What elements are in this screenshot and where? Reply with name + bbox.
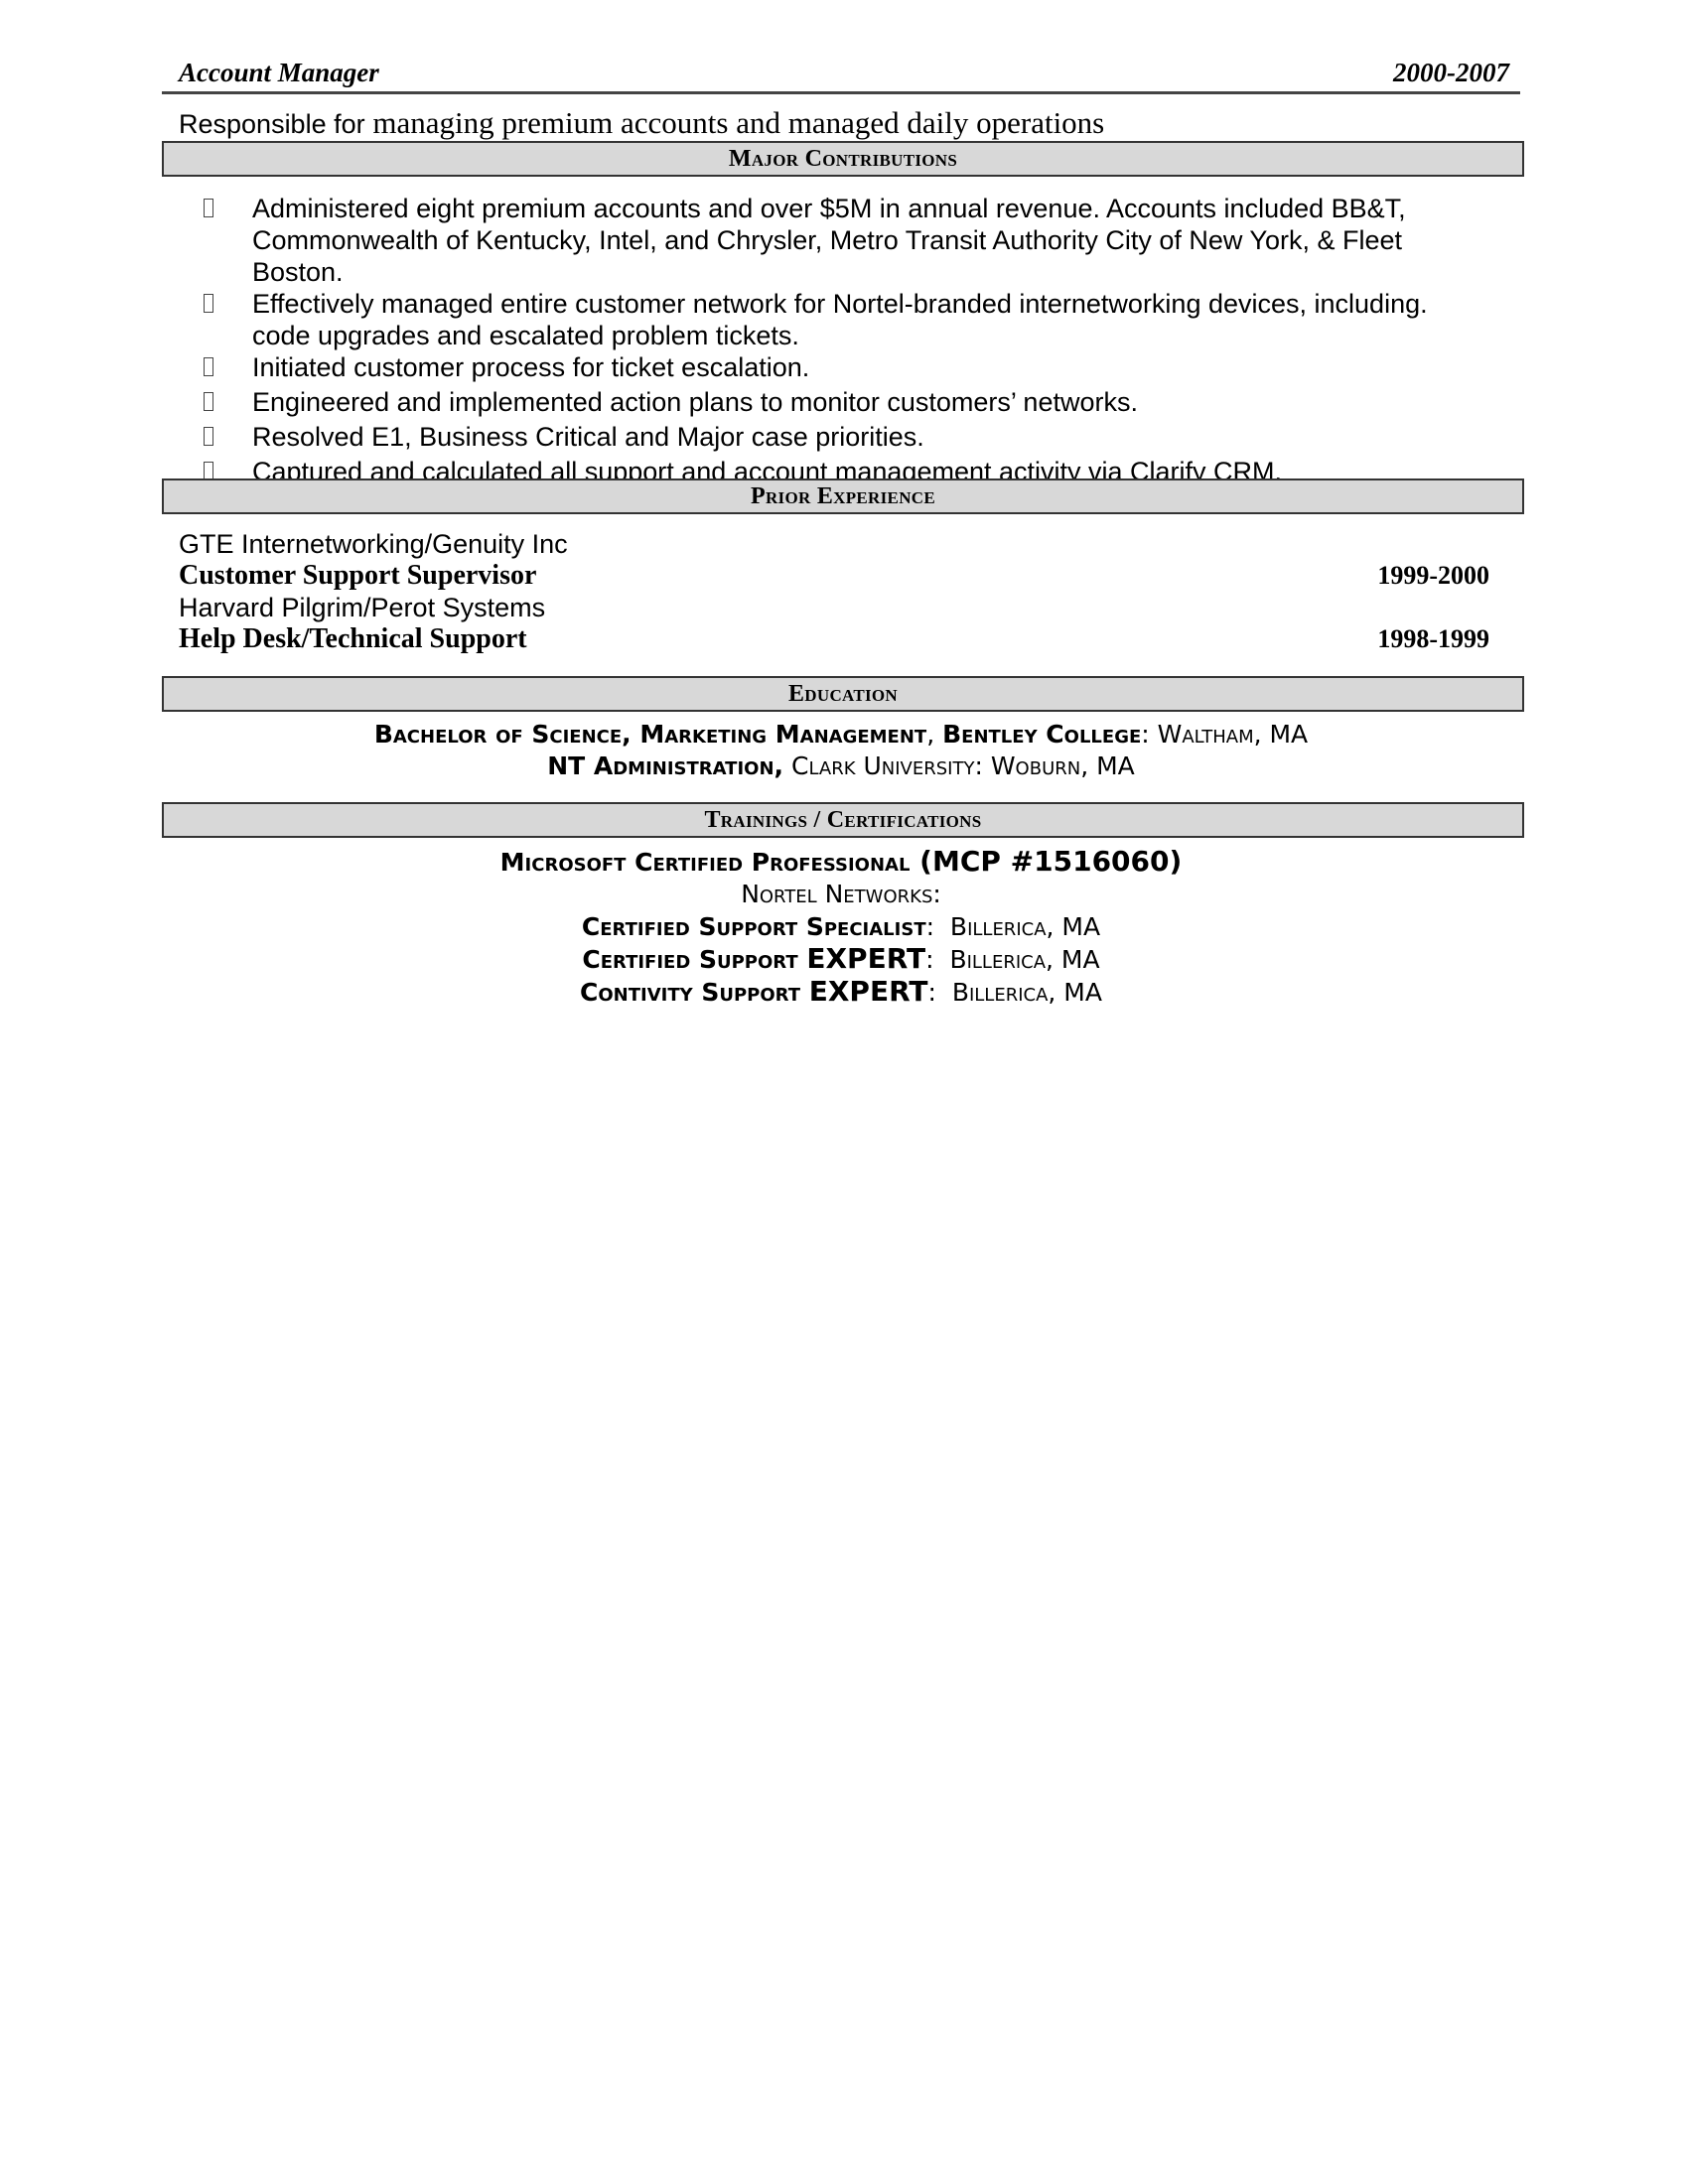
bullet-icon <box>199 288 252 351</box>
separator: , <box>926 720 942 749</box>
cert-level: EXPERT <box>809 975 928 1008</box>
degree: NT Administration, <box>547 751 783 780</box>
section-header-trainings: Trainings / Certifications <box>162 802 1524 838</box>
separator: : <box>926 912 950 941</box>
location: Woburn, MA <box>991 751 1135 780</box>
summary-rest: managing premium accounts and managed da… <box>365 105 1105 140</box>
school: Clark University <box>791 751 974 780</box>
contributions-list: Administered eight premium accounts and … <box>199 193 1489 490</box>
location: Waltham, MA <box>1158 720 1309 749</box>
cert-name: Certified Support <box>582 945 806 974</box>
company-name: GTE Internetworking/Genuity Inc <box>179 529 568 559</box>
section-header-major-contributions: Major Contributions <box>162 141 1524 177</box>
separator: : <box>1141 720 1157 749</box>
list-item: Initiated customer process for ticket es… <box>199 351 1489 386</box>
prior-experience-list: GTE Internetworking/Genuity Inc Customer… <box>179 528 1489 655</box>
cert-level: EXPERT <box>806 942 925 975</box>
separator: : <box>927 978 951 1007</box>
prior-company-row: GTE Internetworking/Genuity Inc <box>179 528 1489 560</box>
prior-role-row: Help Desk/Technical Support 1998-1999 <box>179 623 1489 655</box>
bullet-icon <box>199 386 252 421</box>
list-item: Resolved E1, Business Critical and Major… <box>199 421 1489 456</box>
list-item: Effectively managed entire customer netw… <box>199 288 1489 351</box>
education-entry: Bachelor of Science, Marketing Managemen… <box>162 719 1520 751</box>
job-years: 2000-2007 <box>1393 58 1509 88</box>
cert-vendor: Nortel Networks: <box>162 879 1520 910</box>
certification-entry: Certified Support EXPERT: Billerica, MA <box>162 943 1520 976</box>
header-divider <box>162 91 1520 94</box>
cert-location: Billerica, MA <box>950 912 1100 941</box>
degree: Bachelor of Science, Marketing Managemen… <box>374 720 926 749</box>
prior-role-row: Customer Support Supervisor 1999-2000 <box>179 560 1489 592</box>
list-item: Administered eight premium accounts and … <box>199 193 1489 288</box>
list-item-text: Engineered and implemented action plans … <box>252 386 1474 421</box>
role-title: Help Desk/Technical Support <box>179 623 527 654</box>
company-name: Harvard Pilgrim/Perot Systems <box>179 593 545 622</box>
certification-entry: Contivity Support EXPERT: Billerica, MA <box>162 976 1520 1009</box>
bullet-icon <box>199 193 252 288</box>
cert-name: Certified Support Specialist <box>582 912 926 941</box>
job-title: Account Manager <box>179 58 379 88</box>
separator: : <box>974 751 990 780</box>
role-dates: 1999-2000 <box>1377 560 1489 592</box>
education-entry: NT Administration, Clark University: Wob… <box>162 751 1520 782</box>
job-summary: Responsible for managing premium account… <box>179 105 1104 141</box>
cert-location: Billerica, MA <box>952 978 1102 1007</box>
cert-title: Microsoft Certified Professional <box>500 848 911 877</box>
role-title: Customer Support Supervisor <box>179 560 536 591</box>
vendor-name: Nortel Networks: <box>741 880 941 908</box>
bullet-icon <box>199 351 252 386</box>
list-item: Engineered and implemented action plans … <box>199 386 1489 421</box>
summary-lead: Responsible for <box>179 109 365 139</box>
prior-company-row: Harvard Pilgrim/Perot Systems <box>179 592 1489 623</box>
list-item-text: Administered eight premium accounts and … <box>252 193 1474 288</box>
education-list: Bachelor of Science, Marketing Managemen… <box>162 719 1520 782</box>
trainings-list: Microsoft Certified Professional (MCP #1… <box>162 846 1520 1009</box>
section-header-education: Education <box>162 676 1524 712</box>
cert-number: (MCP #1516060) <box>910 845 1182 878</box>
bullet-icon <box>199 421 252 456</box>
role-dates: 1998-1999 <box>1377 623 1489 655</box>
section-header-prior-experience: Prior Experience <box>162 478 1524 514</box>
cert-name: Contivity Support <box>580 978 809 1007</box>
school: Bentley College <box>942 720 1141 749</box>
list-item-text: Initiated customer process for ticket es… <box>252 351 1474 386</box>
separator: : <box>925 945 949 974</box>
certification-entry: Microsoft Certified Professional (MCP #1… <box>162 846 1520 879</box>
separator <box>783 751 791 780</box>
certification-entry: Certified Support Specialist: Billerica,… <box>162 910 1520 943</box>
list-item-text: Effectively managed entire customer netw… <box>252 288 1474 351</box>
cert-location: Billerica, MA <box>949 945 1099 974</box>
list-item-text: Resolved E1, Business Critical and Major… <box>252 421 1474 456</box>
